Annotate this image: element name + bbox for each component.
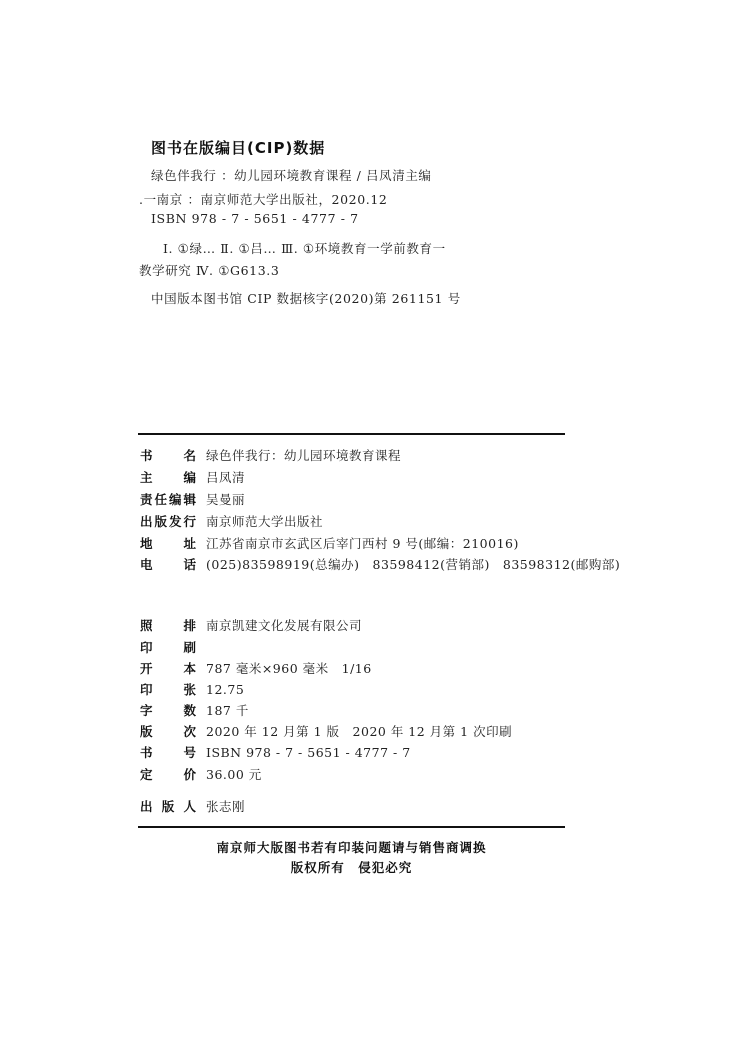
notice-line-1: 南京师大版图书若有印装问题请与销售商调换	[138, 838, 565, 856]
label-char: 话	[183, 555, 196, 573]
info-label: 印张	[140, 680, 196, 698]
label-char: 辑	[183, 490, 196, 508]
info-value: 张志刚	[206, 797, 245, 815]
info-label: 责任编辑	[140, 490, 196, 508]
label-char: 版	[154, 512, 167, 530]
label-char: 出	[140, 797, 153, 815]
info-label: 印刷	[140, 638, 196, 656]
info-value: 江苏省南京市玄武区后宰门西村 9 号(邮编：210016)	[206, 534, 519, 552]
info-row-responsible-editor: 责任编辑 吴曼丽	[140, 490, 245, 508]
label-char: 开	[140, 659, 153, 677]
info-value: 12.75	[206, 682, 244, 697]
label-char: 任	[154, 490, 167, 508]
info-label: 书号	[140, 743, 196, 761]
info-row-isbn: 书号 ISBN 978 - 7 - 5651 - 4777 - 7	[140, 743, 411, 761]
label-char: 张	[183, 680, 196, 698]
info-row-format: 开本 787 毫米×960 毫米 1/16	[140, 659, 372, 677]
info-label: 地址	[140, 534, 196, 552]
cip-line-isbn: ISBN 978 - 7 - 5651 - 4777 - 7	[151, 211, 359, 226]
info-row-title: 书名 绿色伴我行：幼儿园环境教育课程	[140, 446, 401, 464]
info-label: 字数	[140, 701, 196, 719]
info-value: 2020 年 12 月第 1 版 2020 年 12 月第 1 次印刷	[206, 722, 512, 740]
label-char: 版	[162, 797, 175, 815]
label-char: 行	[183, 512, 196, 530]
info-row-price: 定价 36.00 元	[140, 765, 262, 783]
info-row-publisher: 出版发行 南京师范大学出版社	[140, 512, 323, 530]
label-char: 字	[140, 701, 153, 719]
cip-line-title: 绿色伴我行 ：幼儿园环境教育课程 / 吕凤清主编	[151, 166, 432, 184]
label-char: 刷	[183, 638, 196, 656]
label-char: 印	[140, 638, 153, 656]
label-char: 书	[140, 446, 153, 464]
label-char: 版	[140, 722, 153, 740]
info-label: 电话	[140, 555, 196, 573]
info-label: 书名	[140, 446, 196, 464]
info-value: 绿色伴我行：幼儿园环境教育课程	[206, 446, 401, 464]
label-char: 编	[169, 490, 182, 508]
label-char: 排	[183, 616, 196, 634]
label-char: 址	[183, 534, 196, 552]
info-row-edition: 版次 2020 年 12 月第 1 版 2020 年 12 月第 1 次印刷	[140, 722, 512, 740]
label-char: 本	[183, 659, 196, 677]
notice-line-2: 版权所有 侵犯必究	[138, 858, 565, 876]
label-char: 号	[183, 743, 196, 761]
info-label: 主编	[140, 468, 196, 486]
label-char: 照	[140, 616, 153, 634]
cip-line-classification: Ⅰ. ①绿… Ⅱ. ①吕… Ⅲ. ①环境教育一学前教育一	[163, 239, 446, 257]
info-row-sheets: 印张 12.75	[140, 680, 244, 698]
label-char: 定	[140, 765, 153, 783]
label-char: 书	[140, 743, 153, 761]
cip-line-record-number: 中国版本图书馆 CIP 数据核字(2020)第 261151 号	[151, 289, 461, 307]
top-rule	[138, 433, 565, 435]
info-row-editor: 主编 吕凤清	[140, 468, 245, 486]
cip-title: 图书在版编目(CIP)数据	[151, 137, 325, 158]
info-row-word-count: 字数 187 千	[140, 701, 249, 719]
label-char: 次	[183, 722, 196, 740]
info-label: 出版人	[140, 797, 196, 815]
label-char: 名	[183, 446, 196, 464]
info-row-address: 地址 江苏省南京市玄武区后宰门西村 9 号(邮编：210016)	[140, 534, 519, 552]
label-char: 地	[140, 534, 153, 552]
cip-line-publisher: .一南京 ：南京师范大学出版社，2020.12	[139, 190, 387, 208]
info-row-phone: 电话 (025)83598919(总编办) 83598412(营销部) 8359…	[140, 555, 620, 573]
info-row-publisher-person: 出版人 张志刚	[140, 797, 245, 815]
info-label: 开本	[140, 659, 196, 677]
label-char: 发	[169, 512, 182, 530]
info-label: 定价	[140, 765, 196, 783]
info-value: 36.00 元	[206, 765, 262, 783]
label-char: 责	[140, 490, 153, 508]
info-value: 南京凯建文化发展有限公司	[206, 616, 362, 634]
cip-line-classification-cont: 教学研究 Ⅳ. ①G613.3	[139, 261, 279, 279]
info-row-printing: 印刷	[140, 638, 206, 656]
label-char: 出	[140, 512, 153, 530]
info-value: 787 毫米×960 毫米 1/16	[206, 659, 372, 677]
info-label: 出版发行	[140, 512, 196, 530]
info-value: 南京师范大学出版社	[206, 512, 323, 530]
info-label: 版次	[140, 722, 196, 740]
info-value: 吴曼丽	[206, 490, 245, 508]
label-char: 价	[183, 765, 196, 783]
label-char: 主	[140, 468, 153, 486]
label-char: 印	[140, 680, 153, 698]
info-label: 照排	[140, 616, 196, 634]
info-row-typesetting: 照排 南京凯建文化发展有限公司	[140, 616, 362, 634]
info-value: 187 千	[206, 701, 249, 719]
info-value: (025)83598919(总编办) 83598412(营销部) 8359831…	[206, 555, 620, 573]
label-char: 人	[183, 797, 196, 815]
label-char: 编	[183, 468, 196, 486]
label-char: 数	[183, 701, 196, 719]
label-char: 电	[140, 555, 153, 573]
info-value: ISBN 978 - 7 - 5651 - 4777 - 7	[206, 745, 411, 760]
info-value: 吕凤清	[206, 468, 245, 486]
bottom-rule	[138, 826, 565, 828]
